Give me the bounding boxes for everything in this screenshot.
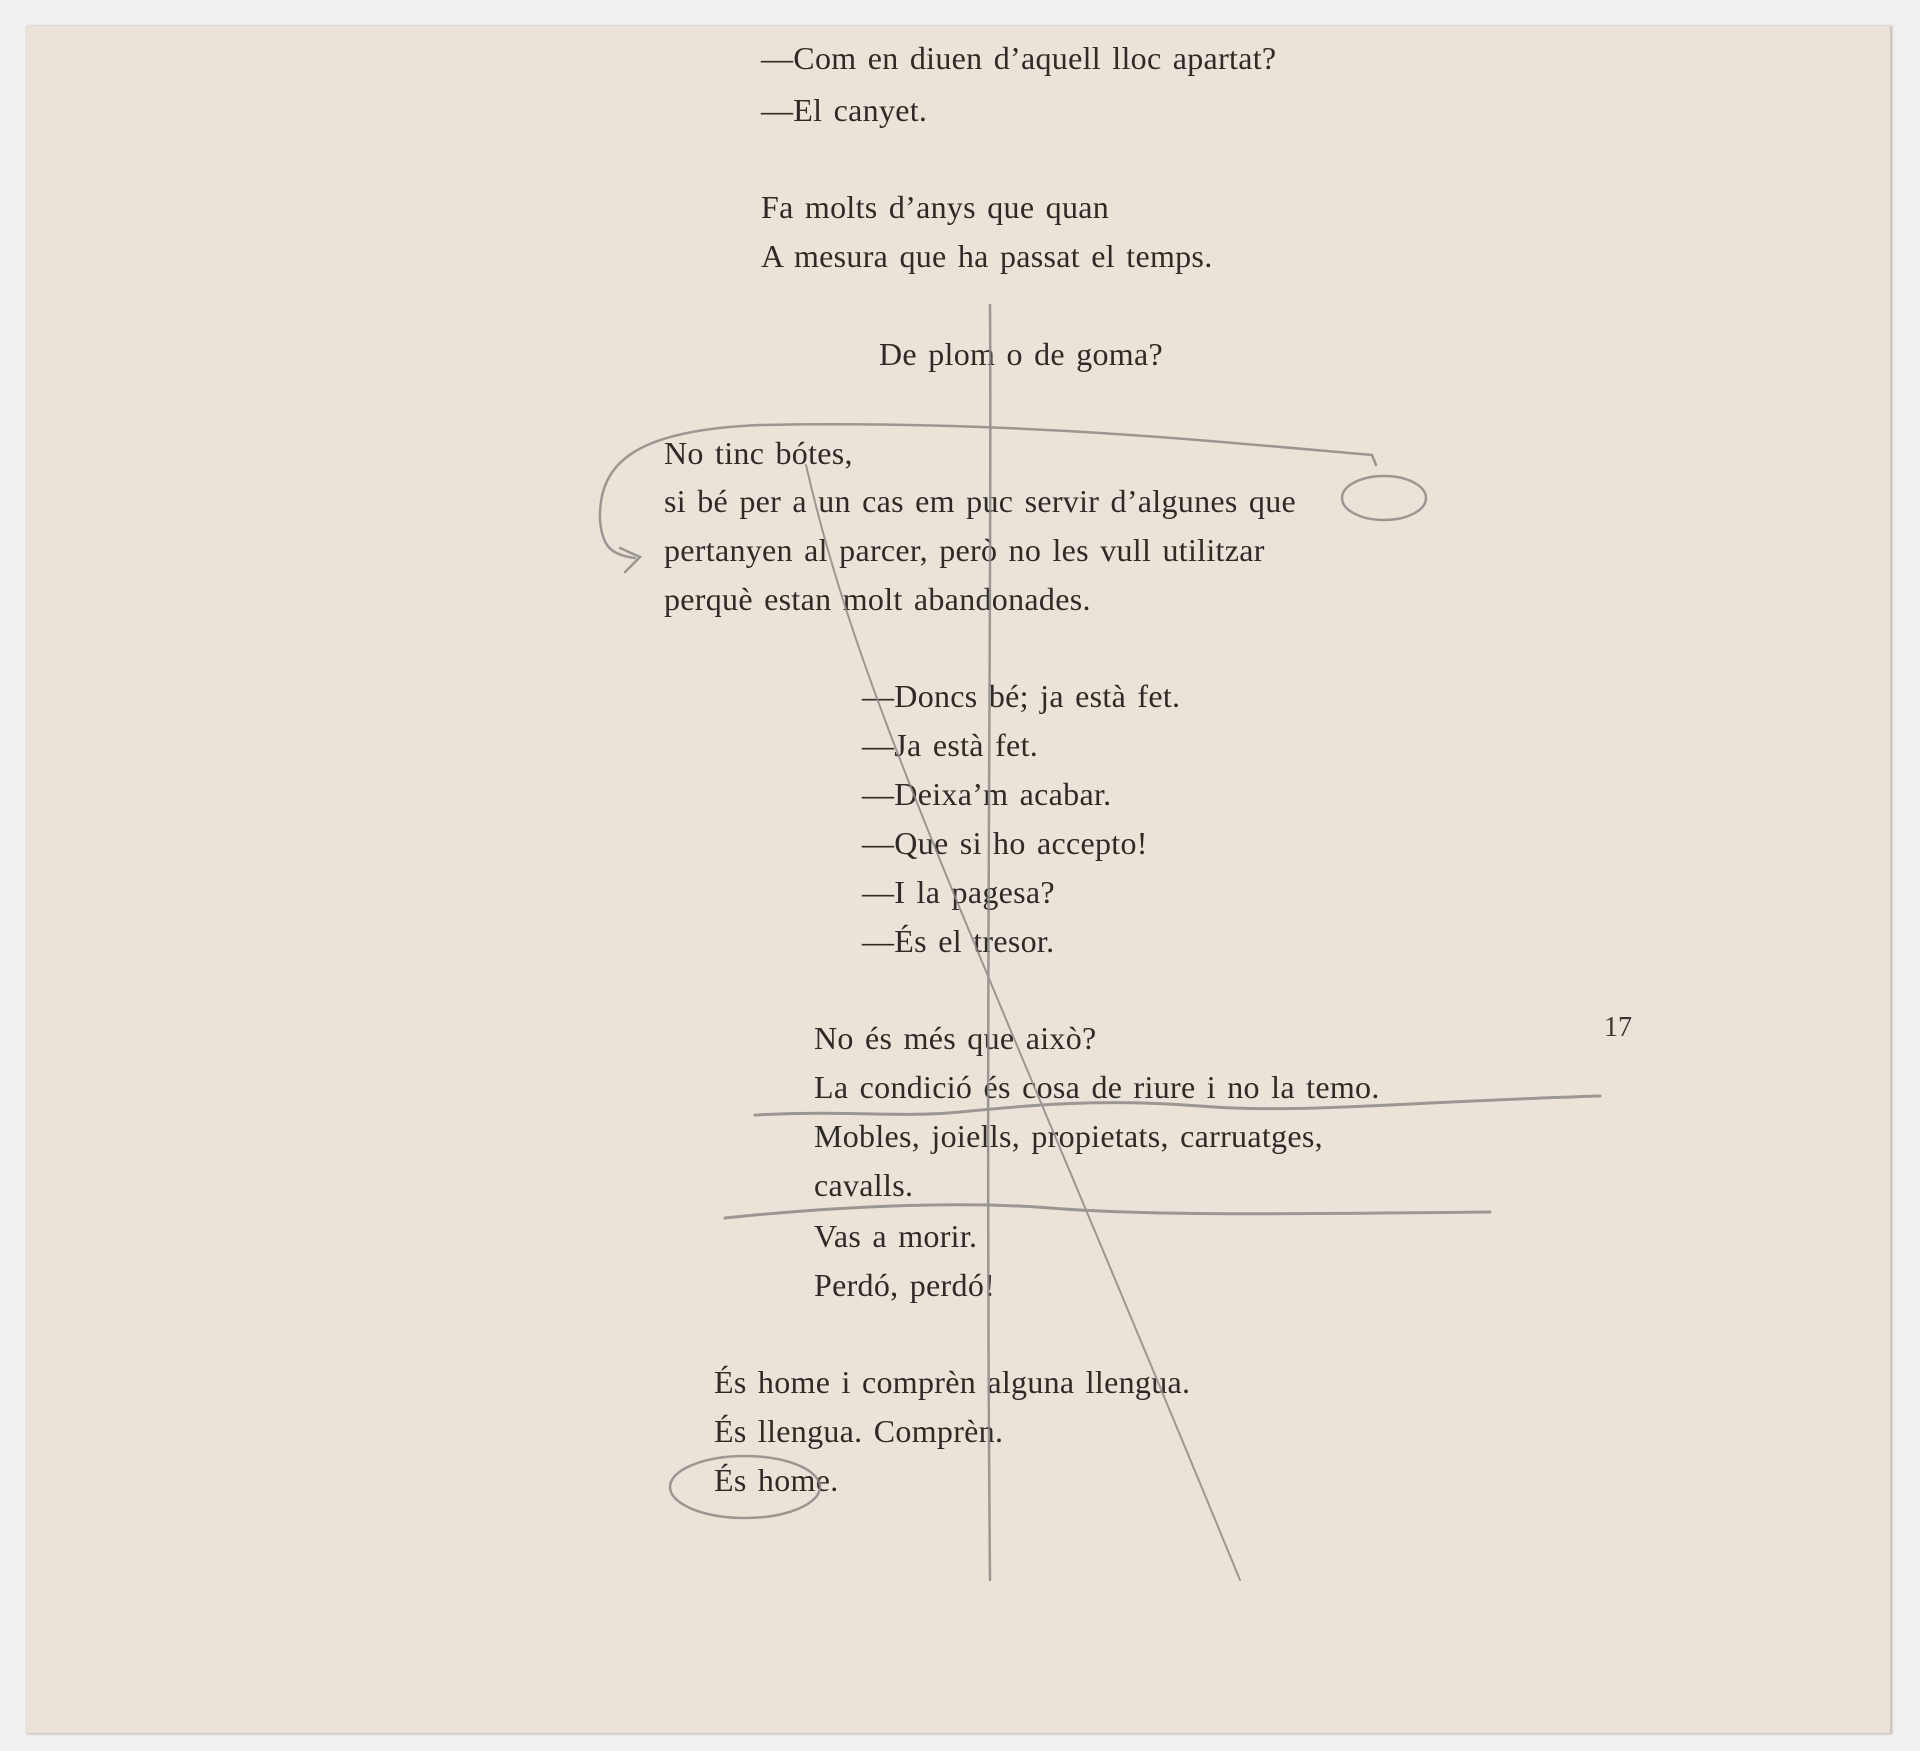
text-line: Vas a morir. [814, 1220, 977, 1252]
text-line: La condició és cosa de riure i no la tem… [814, 1071, 1380, 1103]
text-line: —Com en diuen d’aquell lloc apartat? [761, 42, 1276, 74]
text-line: —És el tresor. [862, 925, 1054, 957]
text-line: De plom o de goma? [879, 338, 1163, 370]
text-line: perquè estan molt abandonades. [664, 583, 1091, 615]
text-line: pertanyen al parcer, però no les vull ut… [664, 534, 1265, 566]
text-line: A mesura que ha passat el temps. [761, 240, 1213, 272]
text-line: És home i comprèn alguna llengua. [714, 1366, 1190, 1398]
text-line: Perdó, perdó! [814, 1269, 995, 1301]
text-line: Fa molts d’anys que quan [761, 191, 1109, 223]
text-line: No és més que això? [814, 1022, 1097, 1054]
text-line: Mobles, joiells, propietats, carruatges, [814, 1120, 1323, 1152]
text-line: —I la pagesa? [862, 876, 1055, 908]
text-line: si bé per a un cas em puc servir d’algun… [664, 485, 1296, 517]
text-line: cavalls. [814, 1169, 913, 1201]
text-line: —Que si ho accepto! [862, 827, 1148, 859]
text-line: No tinc bótes, [664, 437, 853, 469]
text-line: És home. [714, 1464, 839, 1496]
text-line: —Doncs bé; ja està fet. [862, 680, 1180, 712]
text-line: —El canyet. [761, 94, 927, 126]
text-line: —Ja està fet. [862, 729, 1038, 761]
text-line: —Deixa’m acabar. [862, 778, 1111, 810]
text-line: És llengua. Comprèn. [714, 1415, 1003, 1447]
page-number: 17 [1604, 1012, 1632, 1044]
